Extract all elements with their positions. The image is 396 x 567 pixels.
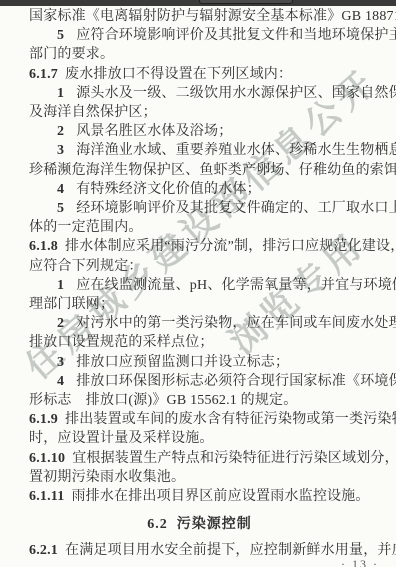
- document-line: 6.1.9排出装置或车间的废水含有特征污染物或第一类污染物: [29, 410, 370, 429]
- clause-number: 1: [57, 278, 64, 293]
- line-text: 排放口环保图形标志必须符合现行国家标准《环境保护图: [76, 374, 396, 389]
- collapsed-toolbar-tab[interactable]: [199, 0, 293, 4]
- document-line: 2风景名胜区水体及浴场；: [29, 122, 370, 141]
- clause-number: 2: [57, 316, 64, 331]
- clause-number: 6.2: [147, 517, 168, 532]
- document-line: 理部门联网；: [29, 295, 370, 314]
- document-line: 5经环境影响评价及其批复文件确定的、工厂取水口上游水: [29, 199, 370, 218]
- line-text: 源头水及一级、二级饮用水水源保护区、国家自然保护区: [76, 86, 396, 101]
- document-line: 国家标准《电离辐射防护与辐射源安全基本标准》GB 18871 的规定；: [29, 7, 370, 26]
- line-text: 体的一定范围内。: [29, 220, 143, 235]
- document-line: 6.2.1在满足项目用水安全前提下，应控制新鲜水用量，并应符: [29, 541, 370, 560]
- line-text: 排放口应预留监测口并设立标志；: [76, 355, 289, 370]
- document-line: 形标志 排放口(源)》GB 15562.1 的规定。: [29, 391, 370, 410]
- clause-number: 3: [57, 355, 64, 370]
- line-text: 污染源控制: [177, 517, 252, 532]
- document-line: 6.1.8排水体制应采用“雨污分流”制，排污口应规范化建设，并: [29, 237, 370, 256]
- line-text: 部门的要求。: [29, 47, 114, 62]
- document-line: 2对污水中的第一类污染物，应在车间或车间废水处理设施: [29, 314, 370, 333]
- line-text: 有特殊经济文化价值的水体；: [76, 182, 261, 197]
- clause-number: 3: [57, 143, 64, 158]
- document-line: 部门的要求。: [29, 45, 370, 64]
- document-line: 及海洋自然保护区；: [29, 103, 370, 122]
- document-line: 1应在线监测流量、pH、化学需氧量等，并宜与环境保护管: [29, 276, 370, 295]
- page-number: · 13 ·: [341, 557, 379, 567]
- clause-number: 6.1.11: [29, 489, 64, 504]
- document-line: 6.1.7废水排放口不得设置在下列区域内：: [29, 65, 370, 84]
- line-text: 废水排放口不得设置在下列区域内：: [65, 67, 292, 82]
- document-line: 4排放口环保图形标志必须符合现行国家标准《环境保护图: [29, 372, 370, 391]
- line-text: 置初期污染雨水收集池。: [29, 470, 185, 485]
- document-line: 4有特殊经济文化价值的水体；: [29, 180, 370, 199]
- clause-number: 5: [57, 201, 64, 216]
- clause-number: 6.1.10: [29, 451, 65, 466]
- line-text: 形标志 排放口(源)》GB 15562.1 的规定。: [29, 393, 297, 408]
- line-text: 应符合下列规定：: [29, 259, 143, 274]
- line-text: 风景名胜区水体及浴场；: [76, 124, 232, 139]
- document-line: 体的一定范围内。: [29, 218, 370, 237]
- document-line: 6.1.10宜根据装置生产特点和污染特征进行污染区域划分，设: [29, 449, 370, 468]
- document-line: 时，应设置计量及采样设施。: [29, 429, 370, 448]
- document-line: 置初期污染雨水收集池。: [29, 468, 370, 487]
- section-heading: 6.2污染源控制: [29, 515, 370, 534]
- line-text: 国家标准《电离辐射防护与辐射源安全基本标准》GB 18871 的规定；: [29, 9, 396, 24]
- clause-number: 4: [57, 374, 64, 389]
- clause-number: 6.2.1: [29, 543, 58, 558]
- line-text: 雨排水在排出项目界区前应设置雨水监控设施。: [71, 489, 369, 504]
- clause-number: 5: [57, 28, 64, 43]
- document-line: 3海洋渔业水域、重要养殖业水体、珍稀水生生物栖息地及: [29, 141, 370, 160]
- document-line: 6.1.11雨排水在排出项目界区前应设置雨水监控设施。: [29, 487, 370, 506]
- line-text: 应符合环境影响评价及其批复文件和当地环境保护主管: [76, 28, 396, 43]
- document-line: 3排放口应预留监测口并设立标志；: [29, 353, 370, 372]
- clause-number: 4: [57, 182, 64, 197]
- clause-number: 2: [57, 124, 64, 139]
- clause-number: 6.1.7: [29, 67, 58, 82]
- clause-number: 6.1.8: [29, 239, 58, 254]
- document-line: 排放口设置规范的采样点位；: [29, 333, 370, 352]
- line-text: 经环境影响评价及其批复文件确定的、工厂取水口上游水: [76, 201, 396, 216]
- line-text: 及海洋自然保护区；: [29, 105, 157, 120]
- document-line: 应符合下列规定：: [29, 257, 370, 276]
- line-text: 时，应设置计量及采样设施。: [29, 431, 214, 446]
- line-text: 珍稀濒危海洋生物保护区、鱼虾类产卵场、仔稚幼鱼的索饵场；: [29, 163, 396, 178]
- scanned-document-page: 住房城乡建设部信息公开 浏览专用 国家标准《电离辐射防护与辐射源安全基本标准》G…: [0, 0, 396, 567]
- document-line: 珍稀濒危海洋生物保护区、鱼虾类产卵场、仔稚幼鱼的索饵场；: [29, 161, 370, 180]
- document-content: 国家标准《电离辐射防护与辐射源安全基本标准》GB 18871 的规定；5应符合环…: [29, 7, 370, 561]
- clause-number: 1: [57, 86, 64, 101]
- line-text: 应在线监测流量、pH、化学需氧量等，并宜与环境保护管: [76, 278, 396, 293]
- line-text: 海洋渔业水域、重要养殖业水体、珍稀水生生物栖息地及: [76, 143, 396, 158]
- window-top-edge-bar: [0, 0, 396, 6]
- line-text: 对污水中的第一类污染物，应在车间或车间废水处理设施: [76, 316, 396, 331]
- line-text: 宜根据装置生产特点和污染特征进行污染区域划分，设: [72, 451, 396, 466]
- line-text: 理部门联网；: [29, 297, 114, 312]
- document-line: 5应符合环境影响评价及其批复文件和当地环境保护主管: [29, 26, 370, 45]
- line-text: 排放口设置规范的采样点位；: [29, 335, 214, 350]
- line-text: 排出装置或车间的废水含有特征污染物或第一类污染物: [65, 412, 396, 427]
- document-line: 1源头水及一级、二级饮用水水源保护区、国家自然保护区: [29, 84, 370, 103]
- line-text: 排水体制应采用“雨污分流”制，排污口应规范化建设，并: [65, 239, 396, 254]
- clause-number: 6.1.9: [29, 412, 58, 427]
